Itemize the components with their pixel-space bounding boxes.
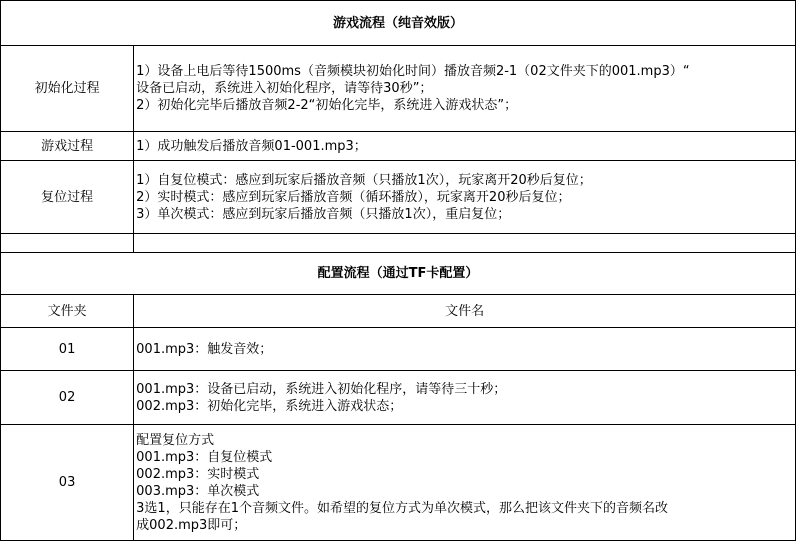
init-content: 1）设备上电后等待1500ms（音频模块初始化时间）播放音频2-1（02文件夹下… [134, 46, 796, 132]
folder-02-content: 001.mp3：设备已启动，系统进入初始化程序，请等待三十秒； 002.mp3：… [134, 371, 796, 425]
folder-03-row: 03 配置复位方式 001.mp3：自复位模式 002.mp3：实时模式 003… [1, 425, 796, 541]
init-line-3: 2）初始化完毕后播放音频2-2“初始化完毕，系统进入游戏状态”； [136, 97, 795, 114]
header-filename: 文件名 [134, 295, 796, 328]
folder-01-row: 01 001.mp3：触发音效； [1, 328, 796, 371]
game-line-1: 1）成功触发后播放音频01-001.mp3； [136, 138, 795, 155]
empty-row [1, 234, 796, 253]
header-folder: 文件夹 [1, 295, 134, 328]
folder-03-line-4: 003.mp3：单次模式 [136, 483, 795, 500]
config-header-row: 文件夹 文件名 [1, 295, 796, 328]
reset-line-2: 2）实时模式：感应到玩家后播放音频（循环播放），玩家离开20秒后复位； [136, 189, 795, 206]
init-row: 初始化过程 1）设备上电后等待1500ms（音频模块初始化时间）播放音频2-1（… [1, 46, 796, 132]
folder-03-line-3: 002.mp3：实时模式 [136, 466, 795, 483]
folder-03-content: 配置复位方式 001.mp3：自复位模式 002.mp3：实时模式 003.mp… [134, 425, 796, 541]
folder-03-line-6: 成002.mp3即可； [136, 517, 795, 534]
reset-line-1: 1）自复位模式：感应到玩家后播放音频（只播放1次），玩家离开20秒后复位； [136, 172, 795, 189]
folder-03-line-5: 3选1，只能存在1个音频文件。如希望的复位方式为单次模式，那么把该文件夹下的音频… [136, 500, 795, 517]
folder-02-label: 02 [1, 371, 134, 425]
game-content: 1）成功触发后播放音频01-001.mp3； [134, 132, 796, 161]
init-label: 初始化过程 [1, 46, 134, 132]
init-line-1: 1）设备上电后等待1500ms（音频模块初始化时间）播放音频2-1（02文件夹下… [136, 63, 795, 80]
folder-01-line-1: 001.mp3：触发音效； [136, 341, 795, 358]
game-label: 游戏过程 [1, 132, 134, 161]
folder-01-label: 01 [1, 328, 134, 371]
init-line-2: 设备已启动，系统进入初始化程序，请等待30秒”； [136, 80, 795, 97]
config-flow-title: 配置流程（通过TF卡配置） [1, 253, 796, 295]
game-flow-title-row: 游戏流程（纯音效版） [1, 1, 796, 46]
folder-02-row: 02 001.mp3：设备已启动，系统进入初始化程序，请等待三十秒； 002.m… [1, 371, 796, 425]
empty-cell-1 [1, 234, 134, 253]
game-row: 游戏过程 1）成功触发后播放音频01-001.mp3； [1, 132, 796, 161]
folder-03-label: 03 [1, 425, 134, 541]
reset-row: 复位过程 1）自复位模式：感应到玩家后播放音频（只播放1次），玩家离开20秒后复… [1, 161, 796, 234]
reset-content: 1）自复位模式：感应到玩家后播放音频（只播放1次），玩家离开20秒后复位； 2）… [134, 161, 796, 234]
folder-03-line-1: 配置复位方式 [136, 432, 795, 449]
folder-02-line-1: 001.mp3：设备已启动，系统进入初始化程序，请等待三十秒； [136, 381, 795, 398]
empty-cell-2 [134, 234, 796, 253]
folder-03-line-2: 001.mp3：自复位模式 [136, 449, 795, 466]
game-flow-title: 游戏流程（纯音效版） [1, 1, 796, 46]
reset-line-3: 3）单次模式：感应到玩家后播放音频（只播放1次），重启复位； [136, 206, 795, 223]
folder-01-content: 001.mp3：触发音效； [134, 328, 796, 371]
flow-table: 游戏流程（纯音效版） 初始化过程 1）设备上电后等待1500ms（音频模块初始化… [0, 0, 796, 541]
reset-label: 复位过程 [1, 161, 134, 234]
config-flow-title-row: 配置流程（通过TF卡配置） [1, 253, 796, 295]
folder-02-line-2: 002.mp3：初始化完毕，系统进入游戏状态； [136, 398, 795, 415]
